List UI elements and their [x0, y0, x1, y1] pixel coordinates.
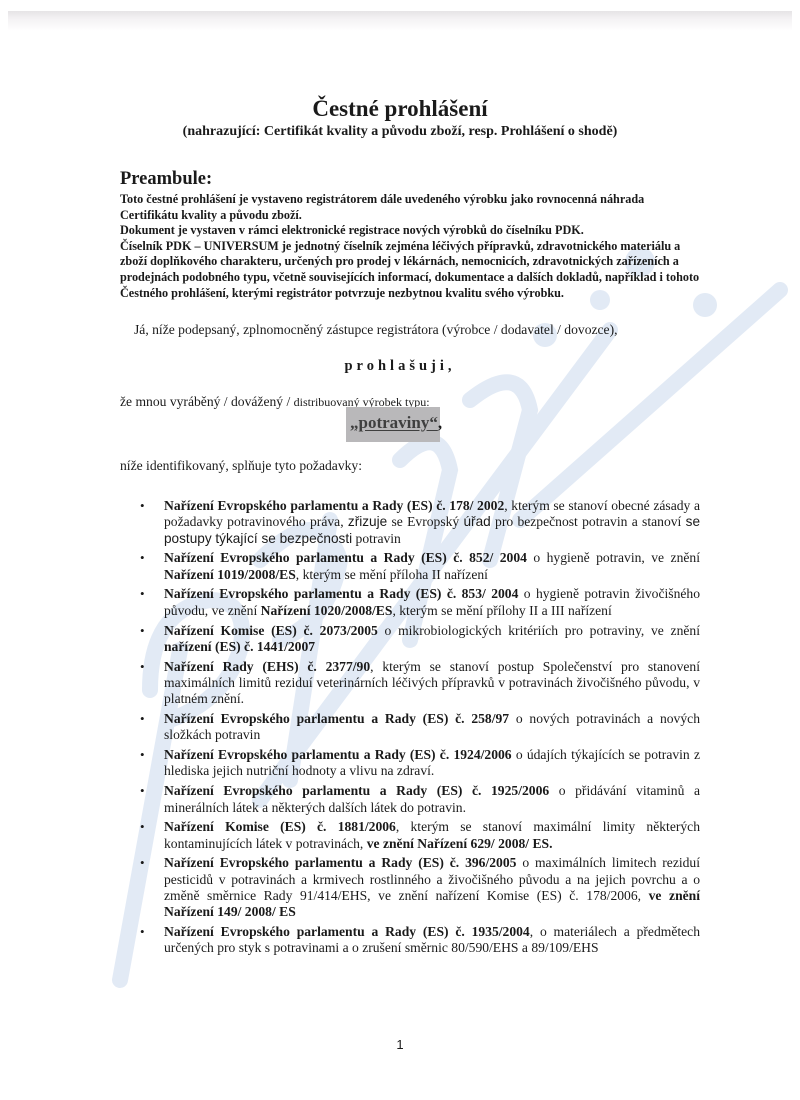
requirement-item: •Nařízení Evropského parlamentu a Rady (… — [140, 550, 700, 583]
declare-word: prohlašuji, — [0, 358, 800, 375]
requirement-text: , kterým se mění příloha II nařízení — [296, 567, 488, 582]
requirement-item: •Nařízení Evropského parlamentu a Rady (… — [140, 855, 700, 920]
regulation-reference: ve znění Nařízení 629/ 2008/ ES. — [367, 836, 553, 851]
product-type-value: „potraviny“ — [350, 413, 438, 432]
requirement-item: •Nařízení Komise (ES) č. 2073/2005 o mik… — [140, 623, 700, 656]
bullet-icon: • — [140, 586, 145, 602]
regulation-reference: nařízení (ES) č. 1441/2007 — [164, 639, 315, 654]
requirement-item: •Nařízení Evropského parlamentu a Rady (… — [140, 711, 700, 744]
requirement-text: úřad — [464, 514, 491, 529]
bullet-icon: • — [140, 659, 145, 675]
requirements-list: •Nařízení Evropského parlamentu a Rady (… — [140, 498, 700, 960]
requirement-item: •Nařízení Evropského parlamentu a Rady (… — [140, 498, 700, 547]
regulation-reference: Nařízení Rady (EHS) č. 2377/90 — [164, 659, 370, 674]
regulation-reference: Nařízení Evropského parlamentu a Rady (E… — [164, 924, 530, 939]
bullet-icon: • — [140, 855, 145, 871]
requirement-text: pro bezpečnost potravin a stanoví — [491, 514, 686, 529]
regulation-reference: Nařízení Evropského parlamentu a Rady (E… — [164, 711, 509, 726]
preamble-paragraph: Číselník PDK – UNIVERSUM je jednotný čís… — [120, 239, 700, 301]
bullet-icon: • — [140, 783, 145, 799]
bullet-icon: • — [140, 623, 145, 639]
regulation-reference: Nařízení Evropského parlamentu a Rady (E… — [164, 747, 512, 762]
bullet-icon: • — [140, 498, 145, 514]
preamble-heading: Preambule: — [120, 169, 212, 190]
preamble-paragraph: Dokument je vystaven v rámci elektronick… — [120, 223, 700, 239]
requirement-item: •Nařízení Komise (ES) č. 1881/2006, kter… — [140, 819, 700, 852]
bullet-icon: • — [140, 924, 145, 940]
product-type: „potraviny“, — [350, 413, 442, 433]
document-subtitle: (nahrazující: Certifikát kvality a původ… — [0, 124, 800, 140]
preamble-paragraph: Toto čestné prohlášení je vystaveno regi… — [120, 192, 700, 223]
preamble-text: Toto čestné prohlášení je vystaveno regi… — [120, 192, 700, 301]
document-page: Čestné prohlášení (nahrazující: Certifik… — [0, 0, 800, 1100]
regulation-reference: Nařízení Komise (ES) č. 2073/2005 — [164, 623, 378, 638]
regulation-reference: Nařízení 1019/2008/ES — [164, 567, 296, 582]
product-type-suffix: , — [438, 413, 442, 433]
requirement-item: •Nařízení Evropského parlamentu a Rady (… — [140, 747, 700, 780]
requirement-text: , kterým se mění přílohy II a III naříze… — [392, 603, 611, 618]
declarant-line: Já, níže podepsaný, zplnomocněný zástupc… — [134, 322, 618, 338]
document-title: Čestné prohlášení — [0, 96, 800, 122]
requirement-text: o mikrobiologických kritériích pro potra… — [378, 623, 700, 638]
requirement-text: potravin — [352, 531, 401, 546]
requirement-text: zřizuje — [348, 514, 387, 529]
bullet-icon: • — [140, 747, 145, 763]
requirement-item: •Nařízení Evropského parlamentu a Rady (… — [140, 783, 700, 816]
requirement-item: •Nařízení Rady (EHS) č. 2377/90, kterým … — [140, 659, 700, 708]
requirements-intro: níže identifikovaný, splňuje tyto požada… — [120, 458, 362, 474]
regulation-reference: Nařízení Evropského parlamentu a Rady (E… — [164, 498, 504, 513]
bullet-icon: • — [140, 711, 145, 727]
regulation-reference: Nařízení Evropského parlamentu a Rady (E… — [164, 783, 549, 798]
regulation-reference: Nařízení Evropského parlamentu a Rady (E… — [164, 550, 527, 565]
regulation-reference: Nařízení Komise (ES) č. 1881/2006 — [164, 819, 396, 834]
requirement-item: •Nařízení Evropského parlamentu a Rady (… — [140, 586, 700, 619]
regulation-reference: Nařízení 1020/2008/ES — [261, 603, 393, 618]
bullet-icon: • — [140, 550, 145, 566]
requirement-text: o hygieně potravin, ve znění — [527, 550, 700, 565]
requirement-item: •Nařízení Evropského parlamentu a Rady (… — [140, 924, 700, 957]
page-number: 1 — [0, 1037, 800, 1052]
regulation-reference: Nařízení Evropského parlamentu a Rady (E… — [164, 586, 518, 601]
product-line-main: že mnou vyráběný / dovážený / — [120, 394, 294, 409]
requirement-text: se Evropský — [387, 514, 463, 529]
bullet-icon: • — [140, 819, 145, 835]
regulation-reference: Nařízení Evropského parlamentu a Rady (E… — [164, 855, 516, 870]
